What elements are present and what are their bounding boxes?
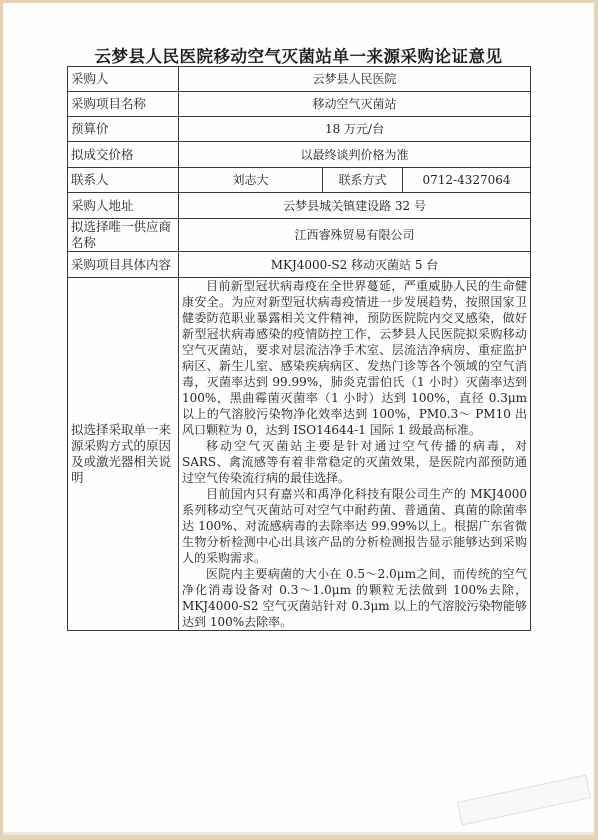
row-label-project-name: 采购项目名称: [68, 92, 179, 117]
document-page: 云梦县人民医院移动空气灭菌站单一来源采购论证意见 采购人 云梦县人民医院 采购项…: [3, 3, 594, 835]
reason-paragraph: 目前新型冠状病毒疫在全世界蔓延，严重威胁人民的生命健康安全。为应对新型冠状病毒疫…: [182, 278, 527, 438]
reason-paragraph: 医院内主要病菌的大小在 0.5～2.0μm之间，而传统的空气净化消毒设备对 0.…: [182, 566, 527, 630]
row-label-contact-person: 联系人: [68, 168, 179, 193]
reason-paragraph: 目前国内只有嘉兴和禹净化科技有限公司生产的 MKJ4000 系列移动空气灭菌站可…: [182, 486, 527, 566]
table-row: 预算价 18 万元/台: [68, 117, 531, 142]
row-label-supplier: 拟选择唯一供应商名称: [68, 219, 179, 252]
row-label-proposed-price: 拟成交价格: [68, 142, 179, 168]
row-label-purchaser: 采购人: [68, 67, 179, 92]
document-title: 云梦县人民医院移动空气灭菌站单一来源采购论证意见: [3, 43, 594, 67]
row-label-budget: 预算价: [68, 117, 179, 142]
table-row: 联系人 刘志大 联系方式 0712-4327064: [68, 168, 531, 193]
row-label-address: 采购人地址: [68, 193, 179, 219]
row-value-supplier: 江西睿殊贸易有限公司: [179, 219, 531, 252]
row-value-address: 云梦县城关镇建设路 32 号: [179, 193, 531, 219]
table-row: 采购人 云梦县人民医院: [68, 67, 531, 92]
row-value-content: MKJ4000-S2 移动灭菌站 5 台: [179, 252, 531, 278]
procurement-table: 采购人 云梦县人民医院 采购项目名称 移动空气灭菌站 预算价 18 万元/台 拟…: [67, 66, 531, 631]
row-value-purchaser: 云梦县人民医院: [179, 67, 531, 92]
row-label-contact-method: 联系方式: [323, 168, 403, 193]
watermark-stamp: [457, 775, 591, 826]
table-row: 拟成交价格 以最终谈判价格为准: [68, 142, 531, 168]
row-label-content: 采购项目具体内容: [68, 252, 179, 278]
row-value-contact-person: 刘志大: [179, 168, 323, 193]
reason-paragraph: 移动空气灭菌站主要是针对通过空气传播的病毒，对 SARS、禽流感等有着非常稳定的…: [182, 438, 527, 486]
table-row: 采购项目名称 移动空气灭菌站: [68, 92, 531, 117]
table-row: 拟选择唯一供应商名称 江西睿殊贸易有限公司: [68, 219, 531, 252]
table-row-reason: 拟选择采取单一来源采购方式的原因及或激光器相关说明 目前新型冠状病毒疫在全世界蔓…: [68, 278, 531, 631]
table-row: 采购人地址 云梦县城关镇建设路 32 号: [68, 193, 531, 219]
reason-body: 目前新型冠状病毒疫在全世界蔓延，严重威胁人民的生命健康安全。为应对新型冠状病毒疫…: [179, 278, 531, 631]
row-value-proposed-price: 以最终谈判价格为准: [179, 142, 531, 168]
row-value-phone: 0712-4327064: [403, 168, 531, 193]
row-value-budget: 18 万元/台: [179, 117, 531, 142]
row-label-reason: 拟选择采取单一来源采购方式的原因及或激光器相关说明: [68, 278, 179, 631]
scan-edge: [3, 832, 594, 835]
table-row: 采购项目具体内容 MKJ4000-S2 移动灭菌站 5 台: [68, 252, 531, 278]
row-value-project-name: 移动空气灭菌站: [179, 92, 531, 117]
